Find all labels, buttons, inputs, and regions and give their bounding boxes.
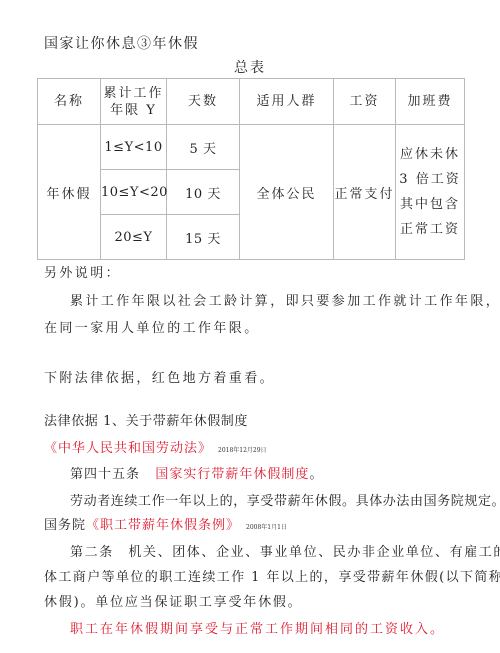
law2-emphasis-paragraph: 职工在年休假期间享受与正常工作期间相同的工资收入。 — [70, 618, 445, 637]
applicable-cell: 全体公民 — [240, 125, 334, 260]
law2-line3: 休假)。单位应当保证职工享受年休假。 — [44, 591, 302, 610]
law2-title: 《职工带薪年休假条例》 — [86, 518, 240, 533]
law2-line1: 第二条 机关、团体、企业、事业单位、民办非企业单位、有雇工的个 — [70, 541, 500, 560]
wage-cell: 正常支付 — [334, 125, 396, 260]
header-wage: 工资 — [334, 79, 396, 125]
range-cell: 1≤Y<10 — [101, 125, 167, 170]
law1-article-emphasis: 国家实行带薪年休假制度 — [155, 467, 309, 482]
table-row: 年休假 1≤Y<10 5 天 全体公民 正常支付 应休未休 3 倍工资 其中包含… — [38, 125, 465, 170]
header-years-line1: 累计工作 — [101, 85, 166, 102]
header-applicable: 适用人群 — [240, 79, 334, 125]
header-years-line2: 年限 Y — [101, 102, 166, 119]
table-header-row: 名称 累计工作 年限 Y 天数 适用人群 工资 加班费 — [38, 79, 465, 125]
overtime-line: 其中包含 — [396, 192, 464, 217]
table-caption: 总表 — [0, 57, 500, 77]
law2-title-line: 国务院《职工带薪年休假条例》2008年1月1日 — [44, 514, 287, 533]
range-cell: 10≤Y<20 — [101, 170, 167, 215]
legal-basis-heading: 法律依据 1、关于带薪年休假制度 — [44, 410, 248, 429]
leave-name-cell: 年休假 — [38, 125, 101, 260]
notes-heading: 另外说明： — [44, 262, 121, 281]
law1-title: 《中华人民共和国劳动法》 — [44, 441, 212, 456]
law1-article-end: 。 — [309, 467, 323, 482]
range-cell: 20≤Y — [101, 215, 167, 260]
header-name: 名称 — [38, 79, 101, 125]
header-days: 天数 — [167, 79, 240, 125]
law2-issuer: 国务院 — [44, 518, 86, 533]
overtime-line: 应休未休 — [396, 142, 464, 167]
legal-intro: 下附法律依据，红色地方着重看。 — [44, 367, 275, 386]
overtime-line: 3 倍工资 — [396, 167, 464, 192]
law1-paragraph: 劳动者连续工作一年以上的，享受带薪年休假。具体办法由国务院规定。 — [70, 490, 500, 509]
days-cell: 15 天 — [167, 215, 240, 260]
header-overtime: 加班费 — [396, 79, 465, 125]
law2-line2: 体工商户等单位的职工连续工作 1 年以上的，享受带薪年休假(以下简称年 — [44, 566, 500, 585]
law1-article: 第四十五条 国家实行带薪年休假制度。 — [70, 463, 323, 482]
law2-date: 2008年1月1日 — [246, 524, 287, 531]
notes-line2: 在同一家用人单位的工作年限。 — [44, 317, 260, 336]
law1-date: 2018年12月29日 — [218, 447, 267, 454]
days-cell: 10 天 — [167, 170, 240, 215]
days-cell: 5 天 — [167, 125, 240, 170]
overtime-line: 正常工资 — [396, 217, 464, 242]
annual-leave-summary-table: 名称 累计工作 年限 Y 天数 适用人群 工资 加班费 年休假 1≤Y<10 5… — [37, 78, 465, 260]
header-years: 累计工作 年限 Y — [101, 79, 167, 125]
notes-line1: 累计工作年限以社会工龄计算，即只要参加工作就计工作年限，不局限 — [70, 290, 500, 309]
overtime-cell: 应休未休 3 倍工资 其中包含 正常工资 — [396, 125, 465, 260]
law1-title-line: 《中华人民共和国劳动法》2018年12月29日 — [44, 437, 267, 456]
document-title: 国家让你休息③年休假 — [44, 33, 199, 53]
law1-article-label: 第四十五条 — [70, 467, 140, 482]
